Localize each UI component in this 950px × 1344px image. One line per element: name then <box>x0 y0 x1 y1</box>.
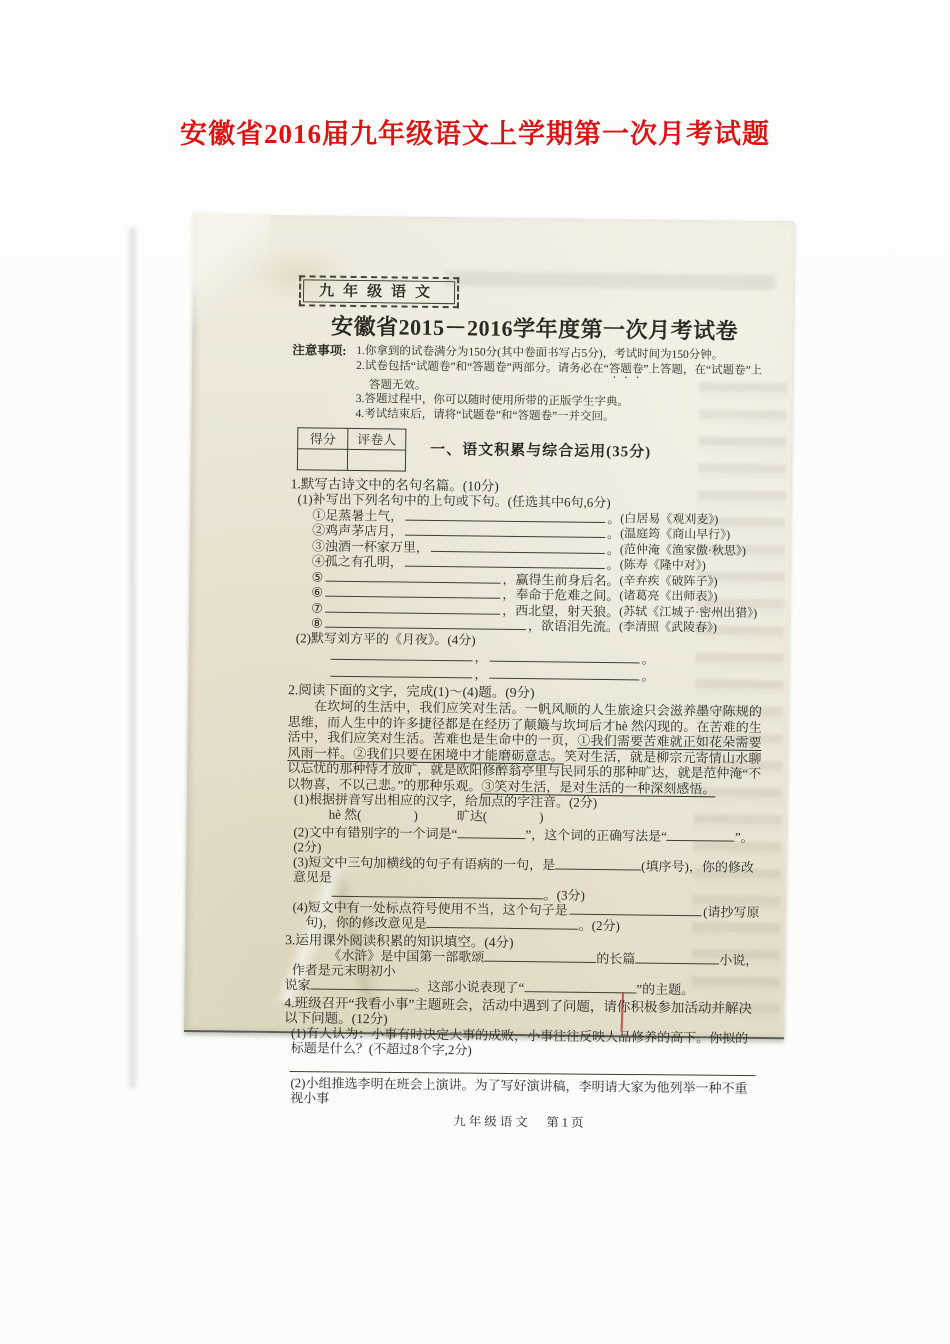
blank-line <box>325 580 500 583</box>
score-section: 得分 评卷人 一、语文积累与综合运用(35分) <box>297 427 765 476</box>
blank-line <box>457 826 525 839</box>
notice-item-2-emphasized: 答题卷 <box>609 363 644 375</box>
page-title: 安徽省2016届九年级语文上学期第一次月考试题 <box>0 112 950 151</box>
poem-pre: ④孤之有孔明， <box>312 553 403 569</box>
q3-text-e: 。这部小说表现了“ <box>415 979 525 995</box>
poem-pre: ⑤ <box>311 569 323 584</box>
blank-line <box>311 977 415 990</box>
q2-sub4-note: (请抄写原 <box>703 904 760 920</box>
comma: ， <box>475 649 488 664</box>
q3-text-f: ”的主题。 <box>636 981 694 997</box>
section-1-title: 一、语文积累与综合运用(35分) <box>430 443 651 461</box>
moon-poem-answer-line: ，。 <box>328 663 668 684</box>
poem-source: (诸葛亮《出师表》) <box>619 588 781 605</box>
period: 。 <box>642 652 655 667</box>
grader-cell-empty <box>347 449 405 471</box>
period: 。 <box>641 669 654 684</box>
grade-badge: 九年级语文 <box>299 275 459 308</box>
poem-source: (温庭筠《商山早行》) <box>620 526 782 543</box>
q4-sub1: (1)有人认为：小事有时决定大事的成败，小事往往反映人品修养的高下。你拟的标题是… <box>291 1025 758 1061</box>
grader-cell-label: 评卷人 <box>348 428 406 450</box>
scanner-artifact-band <box>129 228 136 1088</box>
notice-label: 注意事项: <box>291 343 356 421</box>
poem-source: (范仲淹《渔家傲·秋思》) <box>620 542 782 559</box>
comma: ， <box>474 666 487 681</box>
blank-line <box>331 659 473 662</box>
notice-item-2: 2.试卷包括“试题卷”和“答题卷”两部分。请务必在“答题卷”上答题，在“试题卷”… <box>356 358 766 397</box>
poem-source: (白居易《观刈麦》) <box>620 511 782 528</box>
notice-block: 注意事项: 1.你拿到的试卷满分为150分(其中卷面书写占5分)，考试时间为15… <box>291 343 766 426</box>
poem-source: (李清照《武陵春》) <box>619 619 781 636</box>
q2-sub4-mid: 句)，你的修改意见是 <box>305 914 427 930</box>
poem-post: ，欲语泪先流。 <box>528 618 619 634</box>
exam-paper-scan: 九年级语文 安徽省2015－2016学年度第一次月考试卷 注意事项: 1.你拿到… <box>184 214 794 1039</box>
exam-title: 安徽省2015－2016学年度第一次月考试卷 <box>303 318 767 339</box>
poem-pre: ①足蒸暑土气， <box>312 507 403 523</box>
page-footer: 九年级语文 第1页 <box>283 1112 757 1133</box>
blank-line <box>570 914 701 917</box>
blank-line <box>431 550 605 553</box>
q2-paragraph: 在坎坷的生活中，我们应笑对生活。一帆风顺的人生旅途只会滋养墨守陈规的思维，而人生… <box>287 698 762 797</box>
q3-text-d: 说家 <box>284 977 310 992</box>
poem-post: 。 <box>607 511 620 526</box>
screenshot-root: 安徽省2016届九年级语文上学期第一次月考试题 九年级语文 安徽省2015－20… <box>0 0 950 1344</box>
score-cell-label: 得分 <box>298 428 348 450</box>
blank-line <box>427 916 579 930</box>
poem-pre: ⑧ <box>311 615 323 630</box>
blank-line <box>330 676 472 679</box>
paper-content: 九年级语文 安徽省2015－2016学年度第一次月考试卷 注意事项: 1.你拿到… <box>283 275 767 1133</box>
poem-post: 。 <box>607 557 620 572</box>
score-cell-empty <box>297 449 347 471</box>
blank-line <box>405 535 605 538</box>
blank-line <box>635 951 719 964</box>
answer-line-full <box>290 1059 756 1076</box>
poem-pre: ⑦ <box>311 600 323 615</box>
blank-line <box>489 678 639 681</box>
blank-line <box>332 885 544 900</box>
blank-line <box>405 566 605 569</box>
poem-pre: ⑥ <box>311 584 323 599</box>
notice-list: 1.你拿到的试卷满分为150分(其中卷面书写占5分)，考试时间为150分钟。 2… <box>355 344 766 426</box>
q2-sub3-tail: 。(3分) <box>544 887 585 903</box>
q4-sub2: (2)小组推选李明在班会上演讲。为了写好演讲稿，李明请大家为他列举一种不重视小事 <box>290 1075 757 1111</box>
poem-pre: ②鸡声茅店月， <box>312 522 403 538</box>
q2-sub3-text: (3)短文中三句加横线的句子有语病的一句，是 <box>293 854 555 872</box>
blank-line <box>490 661 640 664</box>
poem-source: (陈寿《隆中对》) <box>620 557 782 574</box>
blank-line <box>325 596 500 599</box>
poem-pre: ③浊酒一杯家万里， <box>312 538 429 554</box>
q2-sub4-tail: 。(2分) <box>579 918 620 934</box>
poem-source: (辛弃疾《破阵子》) <box>619 573 781 590</box>
blank-line <box>405 519 605 522</box>
score-table: 得分 评卷人 <box>297 427 407 471</box>
q1-poem-list: ①足蒸暑土气，。 (白居易《观刈麦》) ②鸡声茅店月，。 (温庭筠《商山早行》)… <box>311 506 764 636</box>
poem-post: ，西北望，射天狼。 <box>502 602 619 618</box>
blank-line <box>555 857 641 870</box>
poem-post: 。 <box>607 526 620 541</box>
blank-line <box>325 611 500 614</box>
blank-line <box>484 950 596 963</box>
q3-text-b: 的长篇 <box>596 951 635 966</box>
notice-item-2-text: 2.试卷包括“试题卷”和“答题卷”两部分。请务必在“ <box>356 359 609 374</box>
poem-post: ，赢得生前身后名。 <box>502 571 619 587</box>
poem-source: (苏轼《江城子·密州出猎》) <box>619 604 781 621</box>
blank-line <box>524 980 636 993</box>
poem-post: 。 <box>607 542 620 557</box>
poem-post: ，奉命于危难之间。 <box>502 587 619 603</box>
q2-sub2-mid: ”，这个词的正确写法是“ <box>525 827 667 844</box>
blank-line <box>667 829 735 842</box>
blank-line <box>325 627 526 630</box>
